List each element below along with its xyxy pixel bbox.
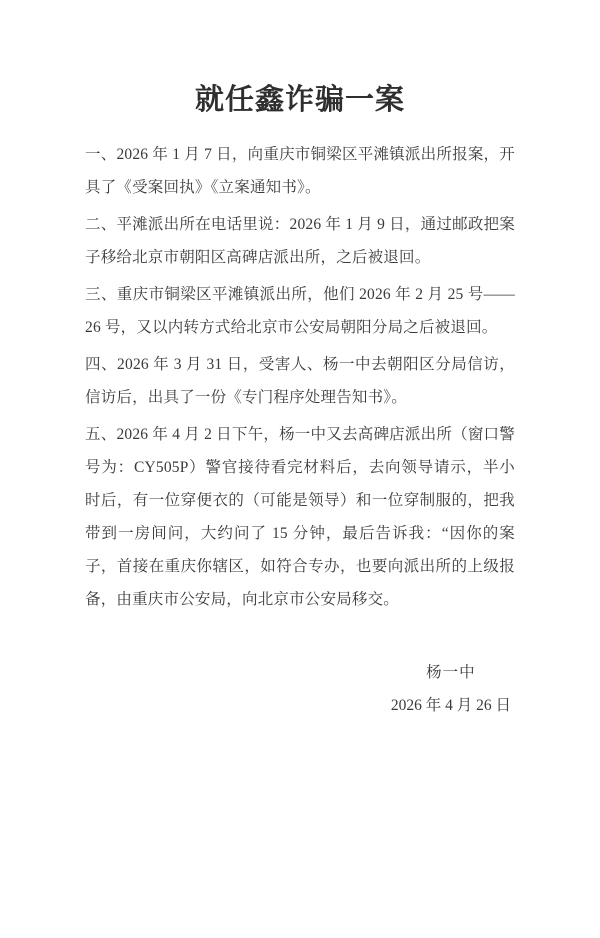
- paragraph-1: 一、2026 年 1 月 7 日，向重庆市铜梁区平滩镇派出所报案，开具了《受案回…: [85, 138, 515, 204]
- document-body: 一、2026 年 1 月 7 日，向重庆市铜梁区平滩镇派出所报案，开具了《受案回…: [85, 138, 515, 616]
- signature-block: 杨一中 2026 年 4 月 26 日: [391, 656, 511, 722]
- document-page: 就任鑫诈骗一案 一、2026 年 1 月 7 日，向重庆市铜梁区平滩镇派出所报案…: [0, 0, 600, 938]
- document-title: 就任鑫诈骗一案: [85, 80, 515, 120]
- paragraph-4: 四、2026 年 3 月 31 日，受害人、杨一中去朝阳区分局信访，信访后，出具…: [85, 348, 515, 414]
- paragraph-5: 五、2026 年 4 月 2 日下午，杨一中又去高碑店派出所（窗口警号为：CY5…: [85, 418, 515, 616]
- paragraph-2: 二、平滩派出所在电话里说：2026 年 1 月 9 日，通过邮政把案子移给北京市…: [85, 208, 515, 274]
- paragraph-3: 三、重庆市铜梁区平滩镇派出所，他们 2026 年 2 月 25 号——26 号，…: [85, 278, 515, 344]
- signature-name: 杨一中: [391, 656, 511, 689]
- signature-date: 2026 年 4 月 26 日: [391, 689, 511, 722]
